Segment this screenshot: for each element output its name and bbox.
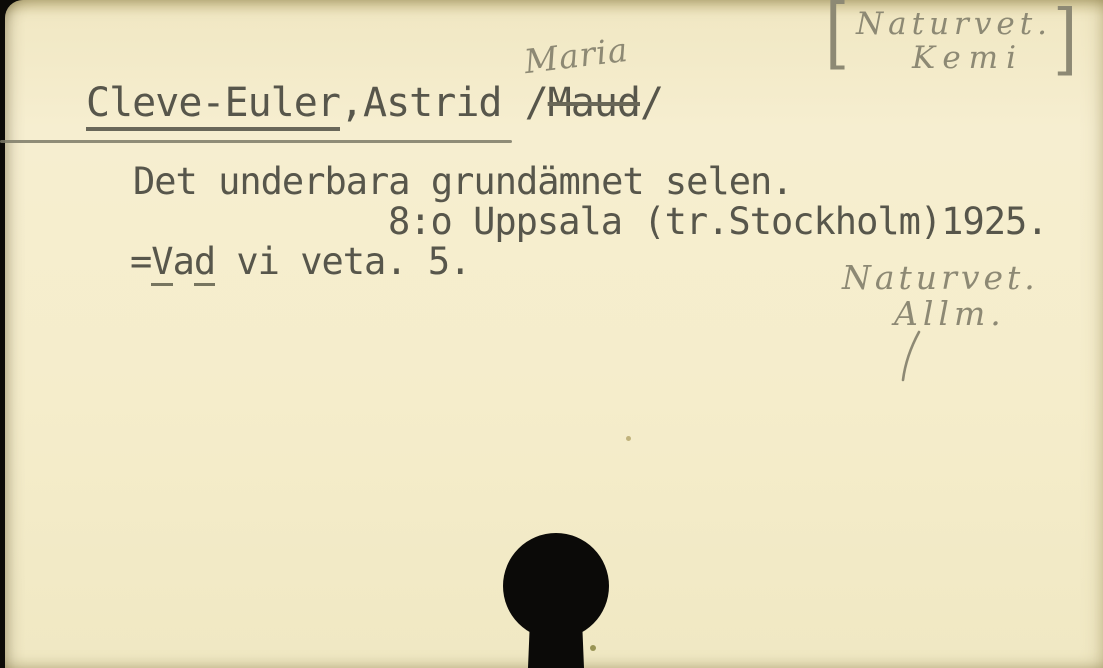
author-given-name: ,Astrid (340, 80, 525, 126)
keyhole-punch (499, 529, 615, 668)
slash-open: / (525, 80, 548, 126)
title-line: Det underbara grundämnet selen. (133, 160, 793, 203)
series-underlined-d: d (194, 240, 215, 286)
classification-bottom-line2: Allm. (894, 294, 1006, 333)
series-prefix: = (130, 240, 151, 283)
catalog-card-scan: [ Naturvet. Kemi ] Maria Cleve-Euler,Ast… (0, 0, 1103, 668)
classification-bottom-line1: Naturvet. (842, 258, 1039, 297)
handwriting-descender-stroke (896, 330, 924, 384)
classification-bracket-close: ] (1053, 0, 1077, 78)
author-heading: Cleve-Euler,Astrid /Maud/ (86, 80, 663, 126)
struck-name: Maud (548, 80, 640, 126)
series-line: =Vad vi veta. 5. (130, 240, 470, 283)
classification-bracket-open: [ (825, 0, 849, 72)
imprint-line: 8:o Uppsala (tr.Stockholm)1925. (388, 200, 1048, 243)
slash-close: / (640, 80, 663, 126)
series-underlined-v: V (151, 240, 172, 286)
author-surname: Cleve-Euler (86, 80, 340, 131)
series-rest: vi veta. 5. (215, 240, 470, 283)
classification-top-line2: Kemi (912, 40, 1024, 76)
pencil-rule (0, 140, 512, 143)
paper-speck (626, 436, 631, 441)
series-middle: a (173, 240, 194, 283)
paper-speck (590, 645, 596, 651)
classification-top-line1: Naturvet. (856, 6, 1052, 42)
